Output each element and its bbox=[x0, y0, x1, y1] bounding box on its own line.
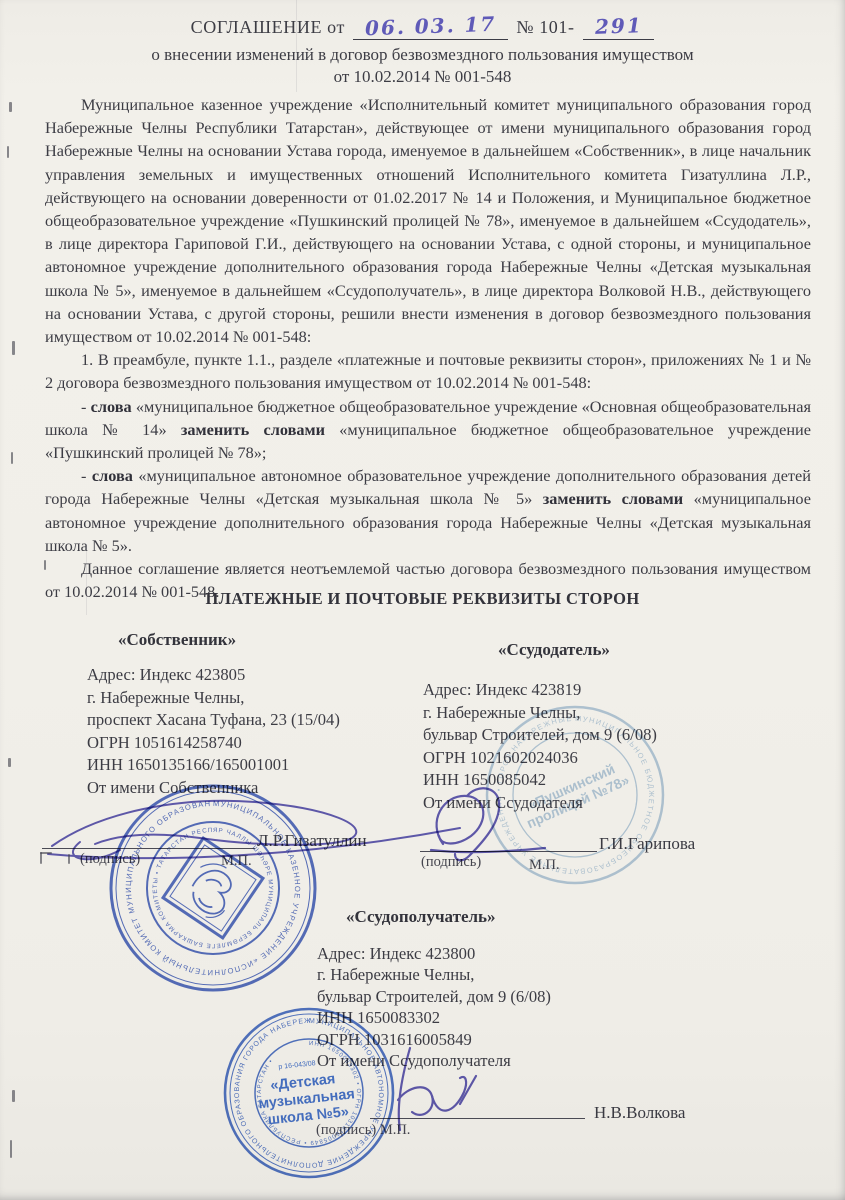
paragraph-text: Муниципальное казенное учреждение «Испол… bbox=[45, 95, 811, 346]
requisites-heading: ПЛАТЕЖНЫЕ И ПОЧТОВЫЕ РЕКВИЗИТЫ СТОРОН bbox=[0, 589, 845, 609]
agreement-date-underline: 06. 03. 17 bbox=[353, 14, 508, 40]
lender-signatory-name: Г.И.Гарипова bbox=[599, 834, 695, 854]
bold-text: заменить словами bbox=[181, 420, 325, 439]
lender-address-line: бульвар Строителей, дом 9 (6/08) bbox=[423, 724, 657, 747]
borrower-seal-reg-number: р 16-043/08 bbox=[278, 1060, 316, 1071]
lender-ogrn: ОГРН 1021602024036 bbox=[423, 747, 657, 770]
svg-text:МУНИЦИПАЛЬНОЕ КАЗЕННОЕ УЧРЕЖДЕ: МУНИЦИПАЛЬНОЕ КАЗЕННОЕ УЧРЕЖДЕНИЕ «ИСПОЛ… bbox=[107, 782, 302, 977]
borrower-title: «Ссудополучатель» bbox=[346, 907, 496, 927]
lender-on-behalf: От имени Ссудодателя bbox=[423, 792, 657, 815]
bold-text: заменить словами bbox=[543, 489, 683, 508]
paragraph-preamble: Муниципальное казенное учреждение «Испол… bbox=[45, 93, 811, 348]
bold-text: слова bbox=[92, 466, 133, 485]
owner-seal-ring-text: МУНИЦИПАЛЬНОЕ КАЗЕННОЕ УЧРЕЖДЕНИЕ «ИСПОЛ… bbox=[107, 782, 302, 977]
owner-address-line: Адрес: Индекс 423805 bbox=[87, 664, 340, 687]
contract-date-line: от 10.02.2014 № 001-548 bbox=[0, 67, 845, 87]
lender-address-line: Адрес: Индекс 423819 bbox=[423, 679, 657, 702]
title-prefix: СОГЛАШЕНИЕ от bbox=[191, 17, 345, 38]
scan-artifact bbox=[12, 1090, 15, 1102]
owner-address-line: г. Набережные Челны, bbox=[87, 687, 340, 710]
owner-round-seal: МУНИЦИПАЛЬНОЕ КАЗЕННОЕ УЧРЕЖДЕНИЕ «ИСПОЛ… bbox=[107, 782, 319, 994]
agreement-number-prefix: № 101- bbox=[516, 17, 574, 38]
paragraph-text: 1. В преамбуле, пункте 1.1., разделе «пл… bbox=[45, 350, 811, 392]
paragraph-amendment-1: - слова «муниципальное бюджетное общеобр… bbox=[45, 395, 811, 465]
scan-artifact bbox=[44, 560, 46, 570]
borrower-address-line: Адрес: Индекс 423800 bbox=[317, 943, 551, 964]
borrower-address-line: г. Набережные Челны, bbox=[317, 964, 551, 985]
owner-title: «Собственник» bbox=[118, 630, 236, 650]
title-line: СОГЛАШЕНИЕ от 06. 03. 17 № 101- 291 bbox=[0, 14, 845, 40]
borrower-address-block: Адрес: Индекс 423800 г. Набережные Челны… bbox=[317, 943, 551, 1071]
scan-artifact bbox=[10, 1140, 12, 1158]
scanned-agreement-page: СОГЛАШЕНИЕ от 06. 03. 17 № 101- 291 о вн… bbox=[0, 0, 845, 1200]
fold-line bbox=[296, 0, 297, 92]
lender-inn: ИНН 1650085042 bbox=[423, 769, 657, 792]
scan-artifact bbox=[40, 852, 42, 864]
scan-artifact bbox=[8, 758, 11, 767]
lender-address-line: г. Набережные Челны, bbox=[423, 702, 657, 725]
document-header: СОГЛАШЕНИЕ от 06. 03. 17 № 101- 291 о вн… bbox=[0, 14, 845, 87]
agreement-body: Муниципальное казенное учреждение «Испол… bbox=[45, 93, 811, 603]
owner-signature-line bbox=[42, 848, 255, 849]
owner-sign-label: (подпись) bbox=[80, 851, 140, 868]
paragraph-text: - bbox=[81, 397, 91, 416]
scan-artifact bbox=[9, 102, 12, 112]
borrower-on-behalf: От имени Ссудополучателя bbox=[317, 1050, 551, 1071]
fold-line bbox=[86, 545, 87, 615]
lender-sign-label: (подпись) bbox=[421, 854, 481, 871]
borrower-sign-label: (подпись) М.П. bbox=[316, 1122, 410, 1139]
lender-seal-label: М.П. bbox=[529, 857, 560, 874]
agreement-date-handwritten: 06. 03. 17 bbox=[365, 12, 497, 41]
owner-ogrn: ОГРН 1051614258740 bbox=[87, 732, 340, 755]
borrower-inn: ИНН 1650083302 bbox=[317, 1007, 551, 1028]
paragraph-clause-1: 1. В преамбуле, пункте 1.1., разделе «пл… bbox=[45, 348, 811, 394]
agreement-number-underline: 291 bbox=[583, 14, 655, 40]
scan-artifact bbox=[12, 341, 15, 355]
bold-text: слова bbox=[91, 397, 132, 416]
owner-seal-label: М.П. bbox=[221, 853, 252, 870]
agreement-number-handwritten: 291 bbox=[594, 13, 643, 39]
owner-on-behalf: От имени Собственника bbox=[87, 777, 340, 800]
borrower-seal-center-line2: музыкальная bbox=[258, 1086, 356, 1112]
lender-signature-line bbox=[420, 851, 597, 852]
borrower-address-line: бульвар Строителей, дом 9 (6/08) bbox=[317, 986, 551, 1007]
scan-artifact bbox=[11, 452, 13, 464]
paragraph-amendment-2: - слова «муниципальное автономное образо… bbox=[45, 464, 811, 557]
owner-inn: ИНН 1650135166/165001001 bbox=[87, 754, 340, 777]
borrower-seal-center-line1: «Детская bbox=[270, 1071, 337, 1094]
owner-address-line: проспект Хасана Туфана, 23 (15/04) bbox=[87, 709, 340, 732]
scan-artifact bbox=[7, 146, 9, 158]
scan-artifact bbox=[68, 854, 70, 864]
lender-address-block: Адрес: Индекс 423819 г. Набережные Челны… bbox=[423, 679, 657, 814]
borrower-signatory-name: Н.В.Волкова bbox=[594, 1103, 685, 1123]
lender-title: «Ссудодатель» bbox=[498, 640, 610, 660]
owner-signatory-name: Л.Р.Гизатуллин bbox=[257, 831, 367, 851]
borrower-signature-line bbox=[370, 1118, 585, 1119]
borrower-ogrn: ОГРН 1031616005849 bbox=[317, 1029, 551, 1050]
document-subtitle: о внесении изменений в договор безвозмез… bbox=[0, 45, 845, 65]
owner-address-block: Адрес: Индекс 423805 г. Набережные Челны… bbox=[87, 664, 340, 799]
paragraph-text: - bbox=[81, 466, 92, 485]
